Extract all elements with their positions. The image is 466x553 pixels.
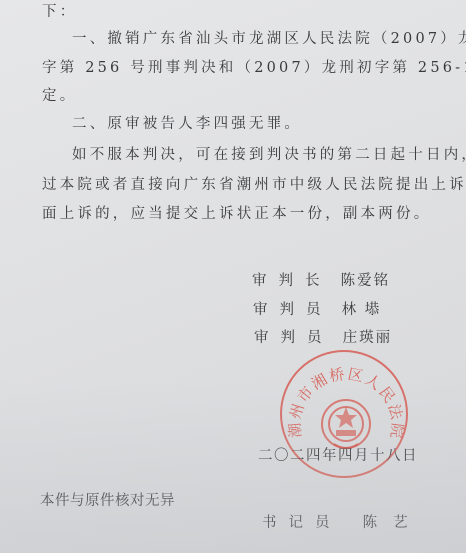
verification-note: 本件与原件核对无异	[40, 489, 175, 510]
text-line: 字第 256 号刑事判决和（2007）龙刑初字第 256-1 号刑事裁	[42, 56, 466, 77]
signature-presiding-judge: 审判长 陈爱铭	[252, 269, 390, 290]
signature-clerk: 书记员 陈艺	[262, 511, 424, 532]
svg-text:潮州市湘桥区人民法院: 潮州市湘桥区人民法院	[286, 365, 407, 441]
clerk-role: 书记员	[262, 511, 358, 532]
signature-name: 林 塨	[342, 298, 382, 319]
signature-role: 审判员	[253, 298, 337, 319]
signature-name: 庄瑛丽	[343, 326, 393, 347]
signature-role: 审判员	[254, 326, 338, 347]
text-line: 过本院或者直接向广东省潮州市中级人民法院提出上诉。书	[42, 173, 466, 194]
text-line: 下：	[42, 0, 77, 21]
signature-judge-1: 审判员 林 塨	[253, 298, 381, 319]
text-line: 二、原审被告人李四强无罪。	[72, 112, 302, 133]
clerk-name: 陈艺	[363, 511, 424, 532]
text-line: 面上诉的，应当提交上诉状正本一份，副本两份。	[42, 202, 431, 223]
seal-text: 潮州市湘桥区人民法院	[286, 365, 407, 441]
text-line: 一、撤销广东省汕头市龙湖区人民法院（2007）龙刑初	[72, 27, 466, 48]
judgment-page: 下： 一、撤销广东省汕头市龙湖区人民法院（2007）龙刑初 字第 256 号刑事…	[0, 0, 466, 553]
signature-judge-2: 审判员 庄瑛丽	[254, 326, 392, 347]
text-line: 如不服本判决，可在接到判决书的第二日起十日内，通	[72, 143, 466, 164]
text-line: 定。	[42, 84, 77, 105]
signature-role: 审判长	[252, 269, 336, 290]
judgment-date: 二〇二四年四月十八日	[258, 444, 418, 465]
signature-name: 陈爱铭	[341, 269, 391, 290]
